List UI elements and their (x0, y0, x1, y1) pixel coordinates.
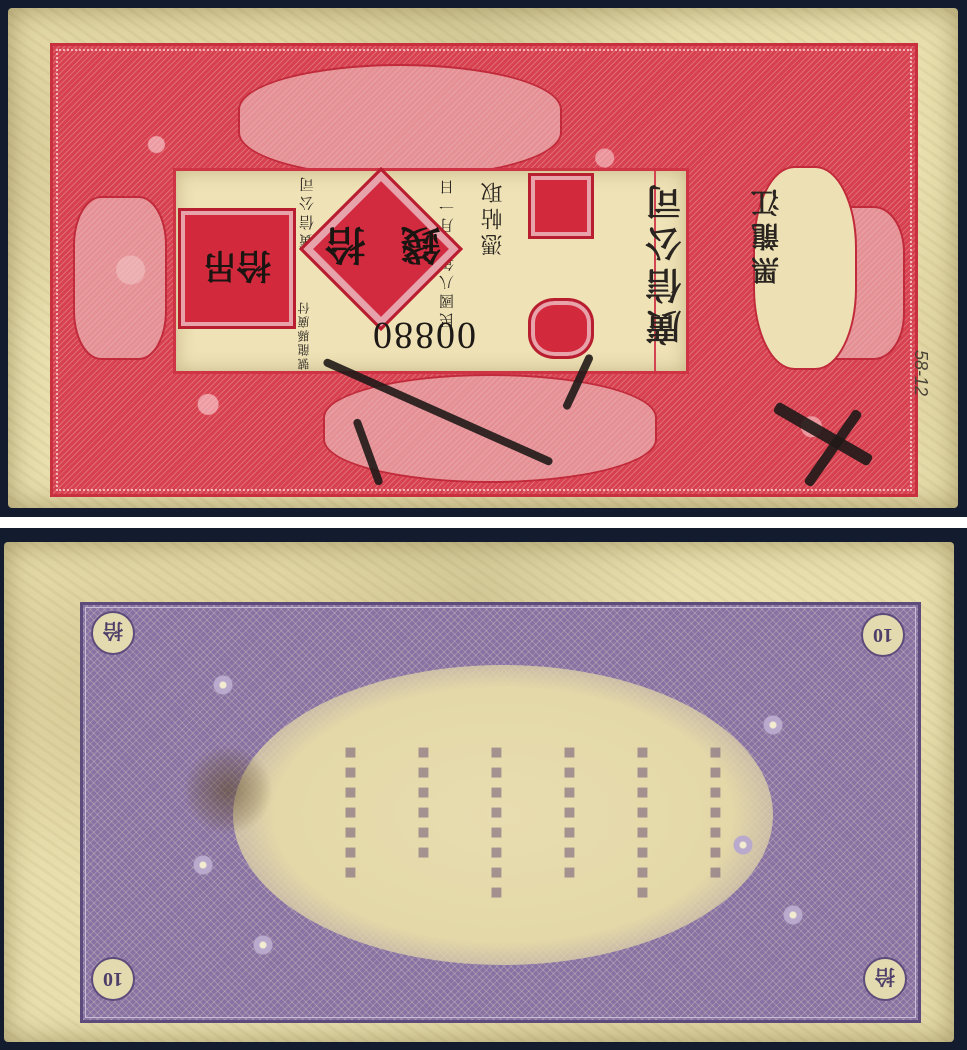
phoenix-vignette-top (238, 64, 562, 178)
back-text-column: ■■■■■■■ (343, 745, 358, 915)
serial-number: 00880 (371, 313, 476, 357)
denomination-char-1: 錢 (401, 220, 441, 277)
region-label: 黑龍江 (753, 183, 781, 285)
flower-ornament (733, 835, 753, 855)
back-text-column: ■■■■■■■■ (635, 745, 650, 915)
corner-numeral-bottom-left: 10 (91, 957, 135, 1001)
denomination-seal: 拾吊 (178, 208, 296, 329)
flower-ornament (193, 855, 213, 875)
back-text-column: ■■■■■■■■ (489, 745, 504, 915)
banknote-back-paper: 拾 10 10 拾 ■■■■■■■ ■■■■■■■■ ■■■■■■■ ■■■■■… (4, 542, 954, 1042)
issuer-title: 廣信公司 (648, 178, 684, 346)
flower-ornament (763, 715, 783, 735)
corner-character-bottom-right: 拾 (863, 957, 907, 1001)
denomination-diamond-text: 錢 拾 (308, 208, 458, 288)
flower-ornament (253, 935, 273, 955)
corner-character-top-left: 拾 (91, 611, 135, 655)
denomination-char-2: 拾 (326, 220, 366, 277)
pencil-catalog-note: 58-12 (910, 350, 931, 396)
paper-stain (183, 745, 273, 835)
banknote-back-scan: 拾 10 10 拾 ■■■■■■■ ■■■■■■■■ ■■■■■■■ ■■■■■… (0, 528, 967, 1050)
purple-engraved-frame: 拾 10 10 拾 ■■■■■■■ ■■■■■■■■ ■■■■■■■ ■■■■■… (80, 602, 921, 1023)
redeem-text: 憑帖取 (483, 178, 505, 256)
flower-ornament (213, 675, 233, 695)
official-seal-bottom (528, 298, 594, 359)
back-center-text: ■■■■■■■ ■■■■■■■■ ■■■■■■■ ■■■■■■■■ ■■■■■■… (343, 745, 723, 915)
side-vignette-left (73, 196, 167, 360)
office-text: 號龍縣廣付 (298, 300, 310, 370)
back-text-column: ■■■■■■■ (562, 745, 577, 915)
banknote-front-paper: 黑龍江 廣信公司 憑帖取 民國八年三月一日 廣信公司 號龍縣廣付 拾吊 錢 拾 … (8, 8, 958, 508)
banknote-front-scan: 黑龍江 廣信公司 憑帖取 民國八年三月一日 廣信公司 號龍縣廣付 拾吊 錢 拾 … (0, 0, 967, 517)
corner-numeral-top-right: 10 (861, 613, 905, 657)
back-text-column: ■■■■■■■ (708, 745, 723, 915)
official-seal-top (528, 173, 594, 239)
back-text-column: ■■■■■■ (416, 745, 431, 915)
flower-ornament (783, 905, 803, 925)
